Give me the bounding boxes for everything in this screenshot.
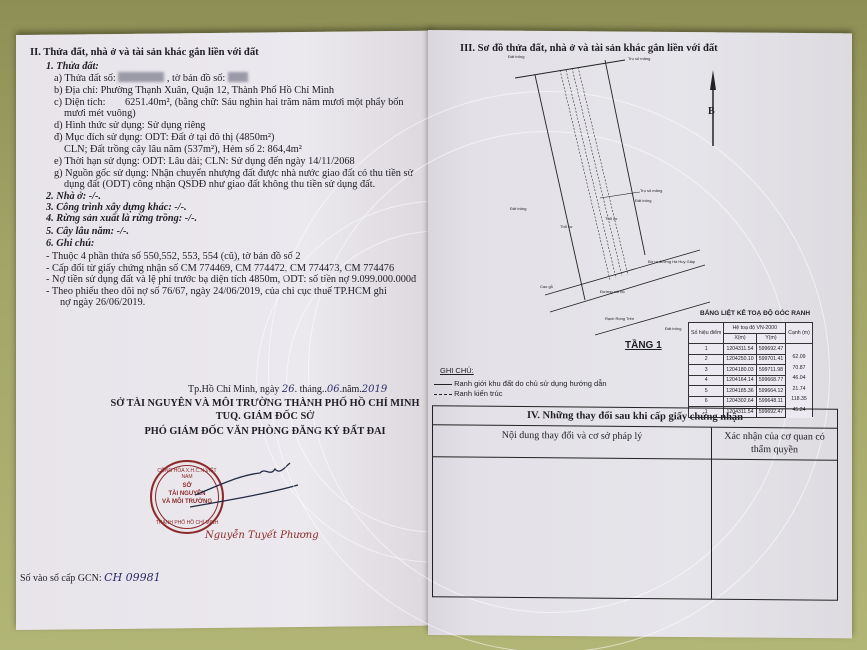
item-notes-heading: 6. Ghi chú: bbox=[46, 237, 94, 250]
register-line: Số vào sổ cấp GCN: CH 09981 bbox=[20, 571, 161, 585]
col-content-header: Nội dung thay đổi và cơ sở pháp lý bbox=[433, 425, 711, 459]
col-point: Số hiệu điểm bbox=[689, 323, 724, 344]
point-id: 3 bbox=[689, 365, 724, 376]
item-planted-forest: 4. Rừng sản xuất là rừng trồng: -/-. bbox=[46, 212, 197, 225]
coord-y: 599668.77 bbox=[756, 375, 786, 386]
changes-confirm-column: Xác nhận của cơ quan có thẩm quyền bbox=[712, 428, 837, 600]
dashed-line-swatch bbox=[434, 394, 452, 395]
coord-x: 1204164.14 bbox=[724, 375, 756, 386]
agency-name: SỞ TÀI NGUYÊN VÀ MÔI TRƯỜNG THÀNH PHỐ HỒ… bbox=[100, 397, 430, 410]
svg-text:Đường nội bộ: Đường nội bộ bbox=[600, 289, 625, 294]
coord-row: 61204302.64599648.11118.35 bbox=[689, 396, 813, 407]
col-confirm-header: Xác nhận của cơ quan có thẩm quyền bbox=[712, 428, 837, 461]
month-label: tháng bbox=[300, 384, 322, 395]
coord-x: 1204250.10 bbox=[724, 354, 756, 365]
svg-text:Thổ cư: Thổ cư bbox=[605, 216, 618, 221]
svg-text:Trụ sỏ măng: Trụ sỏ măng bbox=[640, 188, 662, 193]
coord-table-title: BẢNG LIỆT KÊ TOẠ ĐỘ GÓC RANH bbox=[700, 310, 810, 317]
seal-ring-bottom: THÀNH PHỐ HỒ CHÍ MINH bbox=[152, 520, 222, 526]
redacted-map-sheet bbox=[228, 72, 248, 82]
svg-text:Thổ cư: Thổ cư bbox=[560, 224, 573, 229]
signing-month: 06 bbox=[327, 384, 340, 395]
section-ii-title: II. Thửa đất, nhà ở và tài sản khác gắn … bbox=[30, 46, 259, 59]
col-edge: Cạnh (m) bbox=[786, 323, 813, 344]
signature-stroke bbox=[190, 455, 300, 515]
col-x: X(m) bbox=[724, 333, 756, 344]
edge-length: 46.04 bbox=[786, 375, 813, 386]
year-label: năm bbox=[342, 384, 359, 395]
legend-solid-label: Ranh giới khu đất do chủ sử dụng hướng d… bbox=[454, 379, 606, 388]
label-empty-land-top: Đất trống bbox=[508, 54, 524, 59]
coord-row: 21204250.10599701.4162.09 bbox=[689, 354, 813, 365]
svg-text:Cao gỗ: Cao gỗ bbox=[540, 284, 554, 289]
legend-title: GHI CHÚ: bbox=[440, 366, 474, 375]
coord-row: 51204185.36599664.1221.74 bbox=[689, 386, 813, 397]
signer-position: PHÓ GIÁM ĐỐC VĂN PHÒNG ĐĂNG KÝ ĐẤT ĐAI bbox=[100, 425, 430, 438]
place-date-prefix: Tp.Hồ Chí Minh, ngày bbox=[188, 384, 279, 395]
signer-name: Nguyễn Tuyết Phương bbox=[205, 530, 319, 541]
parcel-sketch-diagram: Đất trống Trụ sỏ măng Trụ sỏ măng Đất tr… bbox=[500, 50, 720, 340]
point-id: 4 bbox=[689, 375, 724, 386]
edge-length: 62.09 bbox=[786, 354, 813, 365]
coord-row: 41204164.14599668.7746.04 bbox=[689, 375, 813, 386]
col-y: Y(m) bbox=[756, 333, 786, 344]
coord-row: 11204311.54599692.47 bbox=[689, 344, 813, 355]
changes-section: IV. Những thay đổi sau khi cấp giấy chứn… bbox=[432, 405, 838, 601]
coord-x: 1204302.64 bbox=[724, 396, 756, 407]
svg-text:Trụ sỏ măng: Trụ sỏ măng bbox=[628, 56, 650, 61]
map-sheet-label: , tờ bản đồ số: bbox=[167, 73, 225, 84]
edge-length: 118.35 bbox=[786, 396, 813, 407]
parcel-label: a) Thửa đất số: bbox=[54, 73, 116, 84]
coord-y: 599648.11 bbox=[756, 396, 786, 407]
solid-line-swatch bbox=[434, 384, 452, 385]
svg-text:Đất trống: Đất trống bbox=[665, 326, 681, 331]
on-behalf-line: TUQ. GIÁM ĐỐC SỞ bbox=[100, 410, 430, 423]
floor-label: TẦNG 1 bbox=[625, 340, 662, 351]
coord-y: 599664.12 bbox=[756, 386, 786, 397]
edge-length: 21.74 bbox=[786, 386, 813, 397]
origin-line-2: dụng đất (ODT) công nhận QSDĐ như giao đ… bbox=[64, 178, 375, 191]
changes-content-column: Nội dung thay đổi và cơ sở pháp lý bbox=[433, 425, 712, 598]
coord-x: 1204180.03 bbox=[724, 365, 756, 376]
point-id: 1 bbox=[689, 344, 724, 355]
coord-row: 31204180.03599711.9870.87 bbox=[689, 365, 813, 376]
coord-y: 599692.47 bbox=[756, 344, 786, 355]
note-4-cont: nợ ngày 26/06/2019. bbox=[60, 296, 145, 309]
coord-y: 599711.98 bbox=[756, 365, 786, 376]
redacted-parcel-number bbox=[118, 72, 164, 82]
register-label: Số vào sổ cấp GCN: bbox=[20, 573, 102, 584]
point-id: 6 bbox=[689, 396, 724, 407]
svg-text:Bờ ra đường Hà Huy Giáp: Bờ ra đường Hà Huy Giáp bbox=[648, 259, 696, 264]
svg-text:Đất trống: Đất trống bbox=[635, 198, 651, 203]
north-arrow-icon: B bbox=[706, 70, 720, 146]
signing-day: 26 bbox=[282, 384, 295, 395]
coord-y: 599701.41 bbox=[756, 354, 786, 365]
svg-text:B: B bbox=[708, 106, 715, 117]
svg-text:Rạch Rồng Trên: Rạch Rồng Trên bbox=[605, 316, 634, 321]
legend-dashed-line: Ranh kiến trúc bbox=[434, 389, 502, 398]
point-id: 2 bbox=[689, 354, 724, 365]
coord-x: 1204311.54 bbox=[724, 344, 756, 355]
coordinate-table: Số hiệu điểm Hệ toạ độ VN-2000 Cạnh (m) … bbox=[688, 322, 813, 418]
signing-date-line: Tp.Hồ Chí Minh, ngày 26. tháng..06.năm.2… bbox=[188, 383, 387, 396]
legend-solid-line: Ranh giới khu đất do chủ sử dụng hướng d… bbox=[434, 379, 607, 388]
coord-x: 1204185.36 bbox=[724, 386, 756, 397]
edge-length: 70.87 bbox=[786, 365, 813, 376]
legend-dashed-label: Ranh kiến trúc bbox=[454, 389, 502, 398]
svg-text:Đất trống: Đất trống bbox=[510, 206, 526, 211]
signing-year: 2019 bbox=[362, 384, 387, 395]
area-value: 6251.40m², (bằng chữ: Sáu nghìn hai trăm… bbox=[125, 96, 404, 109]
point-id: 5 bbox=[689, 386, 724, 397]
register-value: CH 09981 bbox=[104, 571, 161, 584]
col-system: Hệ toạ độ VN-2000 bbox=[724, 323, 786, 334]
edge-length bbox=[786, 344, 813, 355]
